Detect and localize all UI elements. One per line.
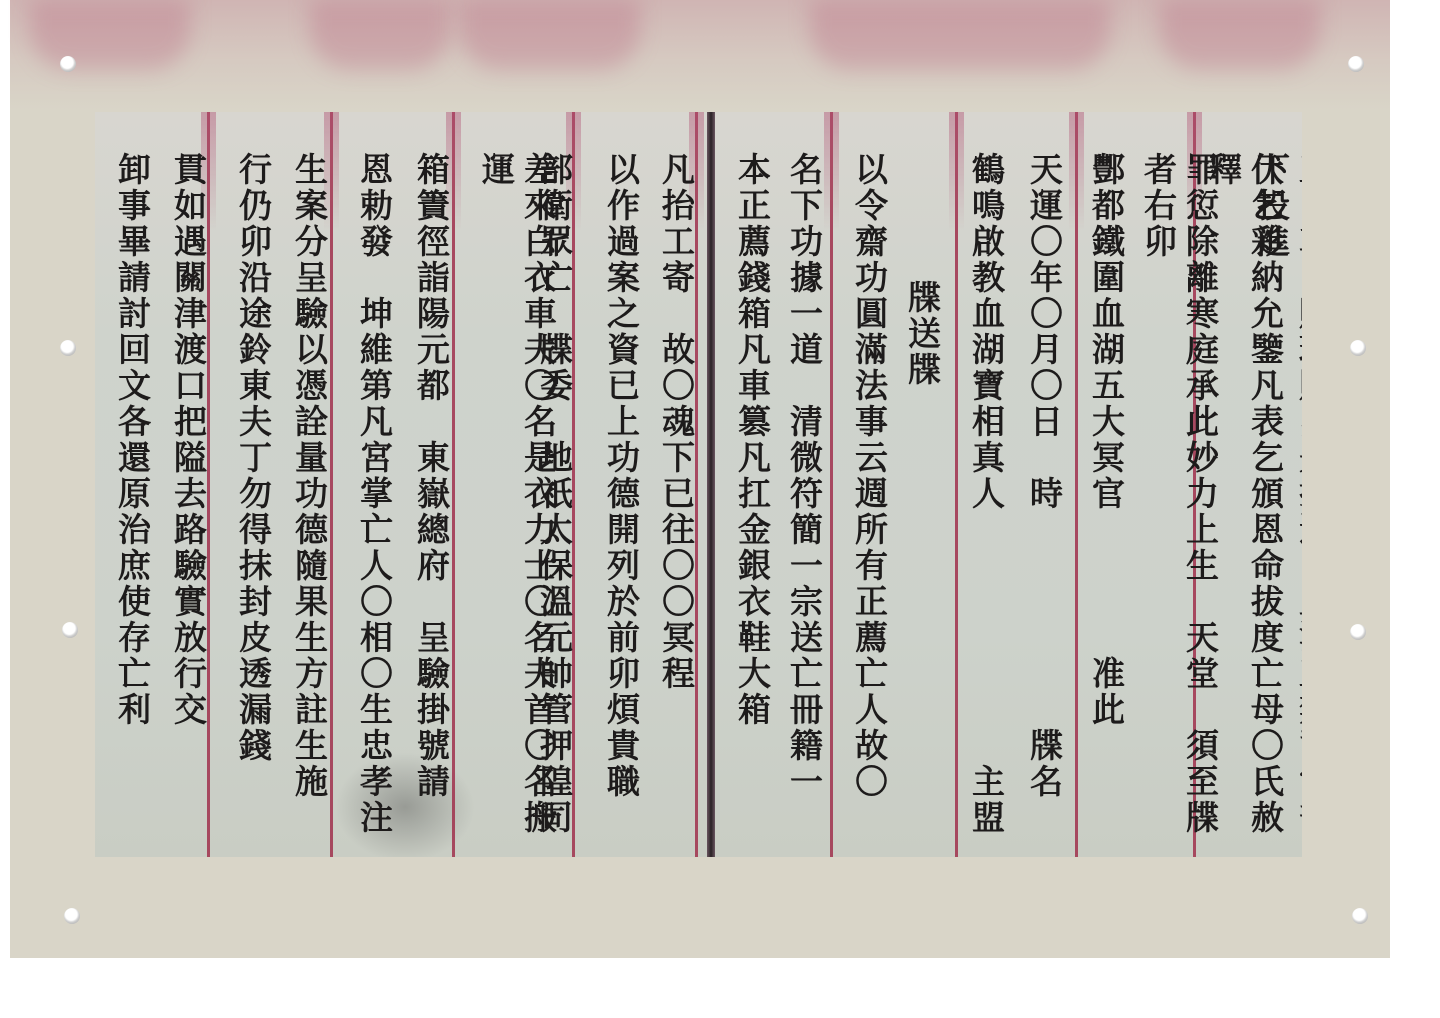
column-rule xyxy=(955,112,958,857)
water-stain xyxy=(810,0,1110,70)
text-column-7-heading: 牒送牒 xyxy=(901,172,943,388)
punch-hole xyxy=(1350,624,1366,640)
water-stain xyxy=(310,0,450,70)
text-column-16: 恩勅發 坤維第凡宮掌亡人〇相〇生忠孝注 xyxy=(353,152,395,836)
text-column-8: 以令齋功圓滿法事云週所有正薦亡人故〇 xyxy=(848,152,890,800)
punch-hole xyxy=(1348,56,1364,72)
text-column-18: 行仍卯沿途鈴東夫丁勿得抹封皮透漏錢 xyxy=(232,152,274,764)
text-column-20: 卸事畢請討回文各還原治庶使存亡利 xyxy=(111,152,153,728)
manuscript-page: 五 車內貯珍財卯夫推送 血湖五禁司官部下投進 伏乞彩納允鑒凡表乞頒恩命拔度亡母〇… xyxy=(95,112,1302,857)
text-column-17: 生案分呈驗以憑詮量功德隨果生方註生施 xyxy=(288,152,330,800)
column-rule xyxy=(1075,112,1078,857)
punch-hole xyxy=(64,908,80,924)
column-rule xyxy=(330,112,333,857)
center-fold xyxy=(707,112,715,857)
text-column-12: 以作過案之資已上功德開列於前卯煩貴職 xyxy=(600,152,642,800)
text-column-10: 本正薦錢箱凡車篡凡扛金銀衣鞋大箱 xyxy=(731,152,773,728)
water-stain xyxy=(30,0,190,70)
punch-hole xyxy=(60,56,76,72)
water-stain xyxy=(1160,0,1320,70)
text-column-15: 箱簀徑詣陽元都 東嶽總府 呈驗掛號請 xyxy=(410,152,452,800)
text-column-4: 酆都鐵圍血湖五大冥官 准此 xyxy=(1085,152,1127,728)
punch-hole xyxy=(1352,908,1368,924)
water-stain xyxy=(460,0,640,70)
column-rule xyxy=(452,112,455,857)
column-rule xyxy=(830,112,833,857)
text-column-5: 天運〇年〇月〇日 時 牒名 xyxy=(1023,152,1065,800)
punch-hole xyxy=(1350,340,1366,356)
text-column-11: 凡抬工寄 故〇魂下已往〇〇冥程 xyxy=(655,152,697,692)
punch-hole xyxy=(60,340,76,356)
text-column-19: 貫如遇關津渡口把隘去路驗實放行交 xyxy=(167,152,209,728)
text-column-14: 差來白衣車夫〇名是衣力士〇名夫首〇名搬運 xyxy=(475,152,559,857)
punch-hole xyxy=(62,622,78,638)
text-column-6: 鶴鳴啟教血湖寶相真人 主盟 xyxy=(965,152,1007,836)
text-column-3: 罪愆除離寒庭承此妙力上生 天堂 須至牒者右卯 xyxy=(1137,152,1221,857)
text-column-9: 名下功據一道 清微符簡一宗送亡冊籍一 xyxy=(783,152,825,800)
